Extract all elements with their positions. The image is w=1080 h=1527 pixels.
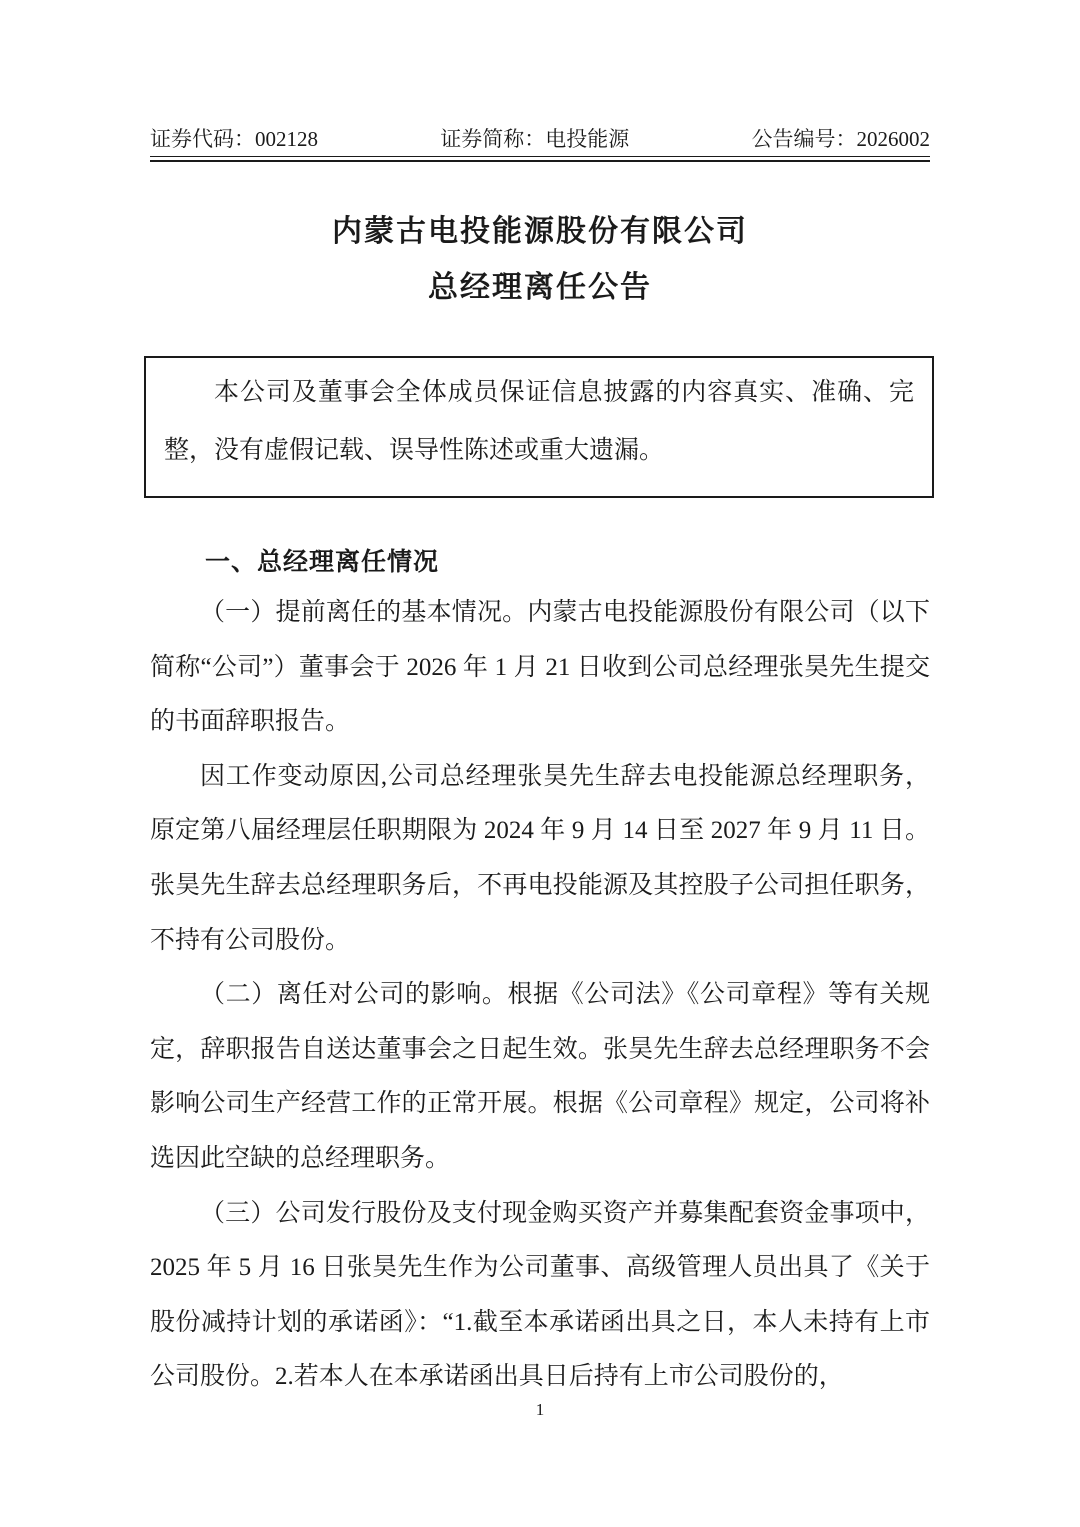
document-header: 证券代码：002128 证券简称：电投能源 公告编号：2026002 — [150, 126, 930, 162]
disclaimer-box: 本公司及董事会全体成员保证信息披露的内容真实、准确、完整，没有虚假记载、误导性陈… — [144, 356, 934, 498]
paragraph-resignation-basic: （一）提前离任的基本情况。内蒙古电投能源股份有限公司（以下简称“公司”）董事会于… — [150, 586, 930, 750]
page-number: 1 — [0, 1399, 1080, 1421]
paragraph-commitment: （三）公司发行股份及支付现金购买资产并募集配套资金事项中，2025 年 5 月 … — [150, 1187, 930, 1405]
document-title: 内蒙古电投能源股份有限公司 总经理离任公告 — [150, 204, 930, 316]
announcement-subject-title: 总经理离任公告 — [150, 260, 930, 316]
header-row: 证券代码：002128 证券简称：电投能源 公告编号：2026002 — [150, 126, 930, 157]
announcement-number: 公告编号：2026002 — [752, 126, 931, 153]
paragraph-resignation-reason: 因工作变动原因,公司总经理张昊先生辞去电投能源总经理职务，原定第八届经理层任职期… — [150, 750, 930, 968]
stock-code: 证券代码：002128 — [150, 126, 318, 153]
disclaimer-text: 本公司及董事会全体成员保证信息披露的内容真实、准确、完整，没有虚假记载、误导性陈… — [164, 364, 914, 480]
paragraph-impact: （二）离任对公司的影响。根据《公司法》《公司章程》等有关规定，辞职报告自送达董事… — [150, 968, 930, 1186]
announcement-page: 证券代码：002128 证券简称：电投能源 公告编号：2026002 内蒙古电投… — [0, 0, 1080, 1527]
company-name-title: 内蒙古电投能源股份有限公司 — [150, 204, 930, 260]
header-divider-rule — [150, 160, 930, 162]
stock-short-name: 证券简称：电投能源 — [440, 126, 629, 153]
section-heading: 一、总经理离任情况 — [150, 546, 930, 578]
